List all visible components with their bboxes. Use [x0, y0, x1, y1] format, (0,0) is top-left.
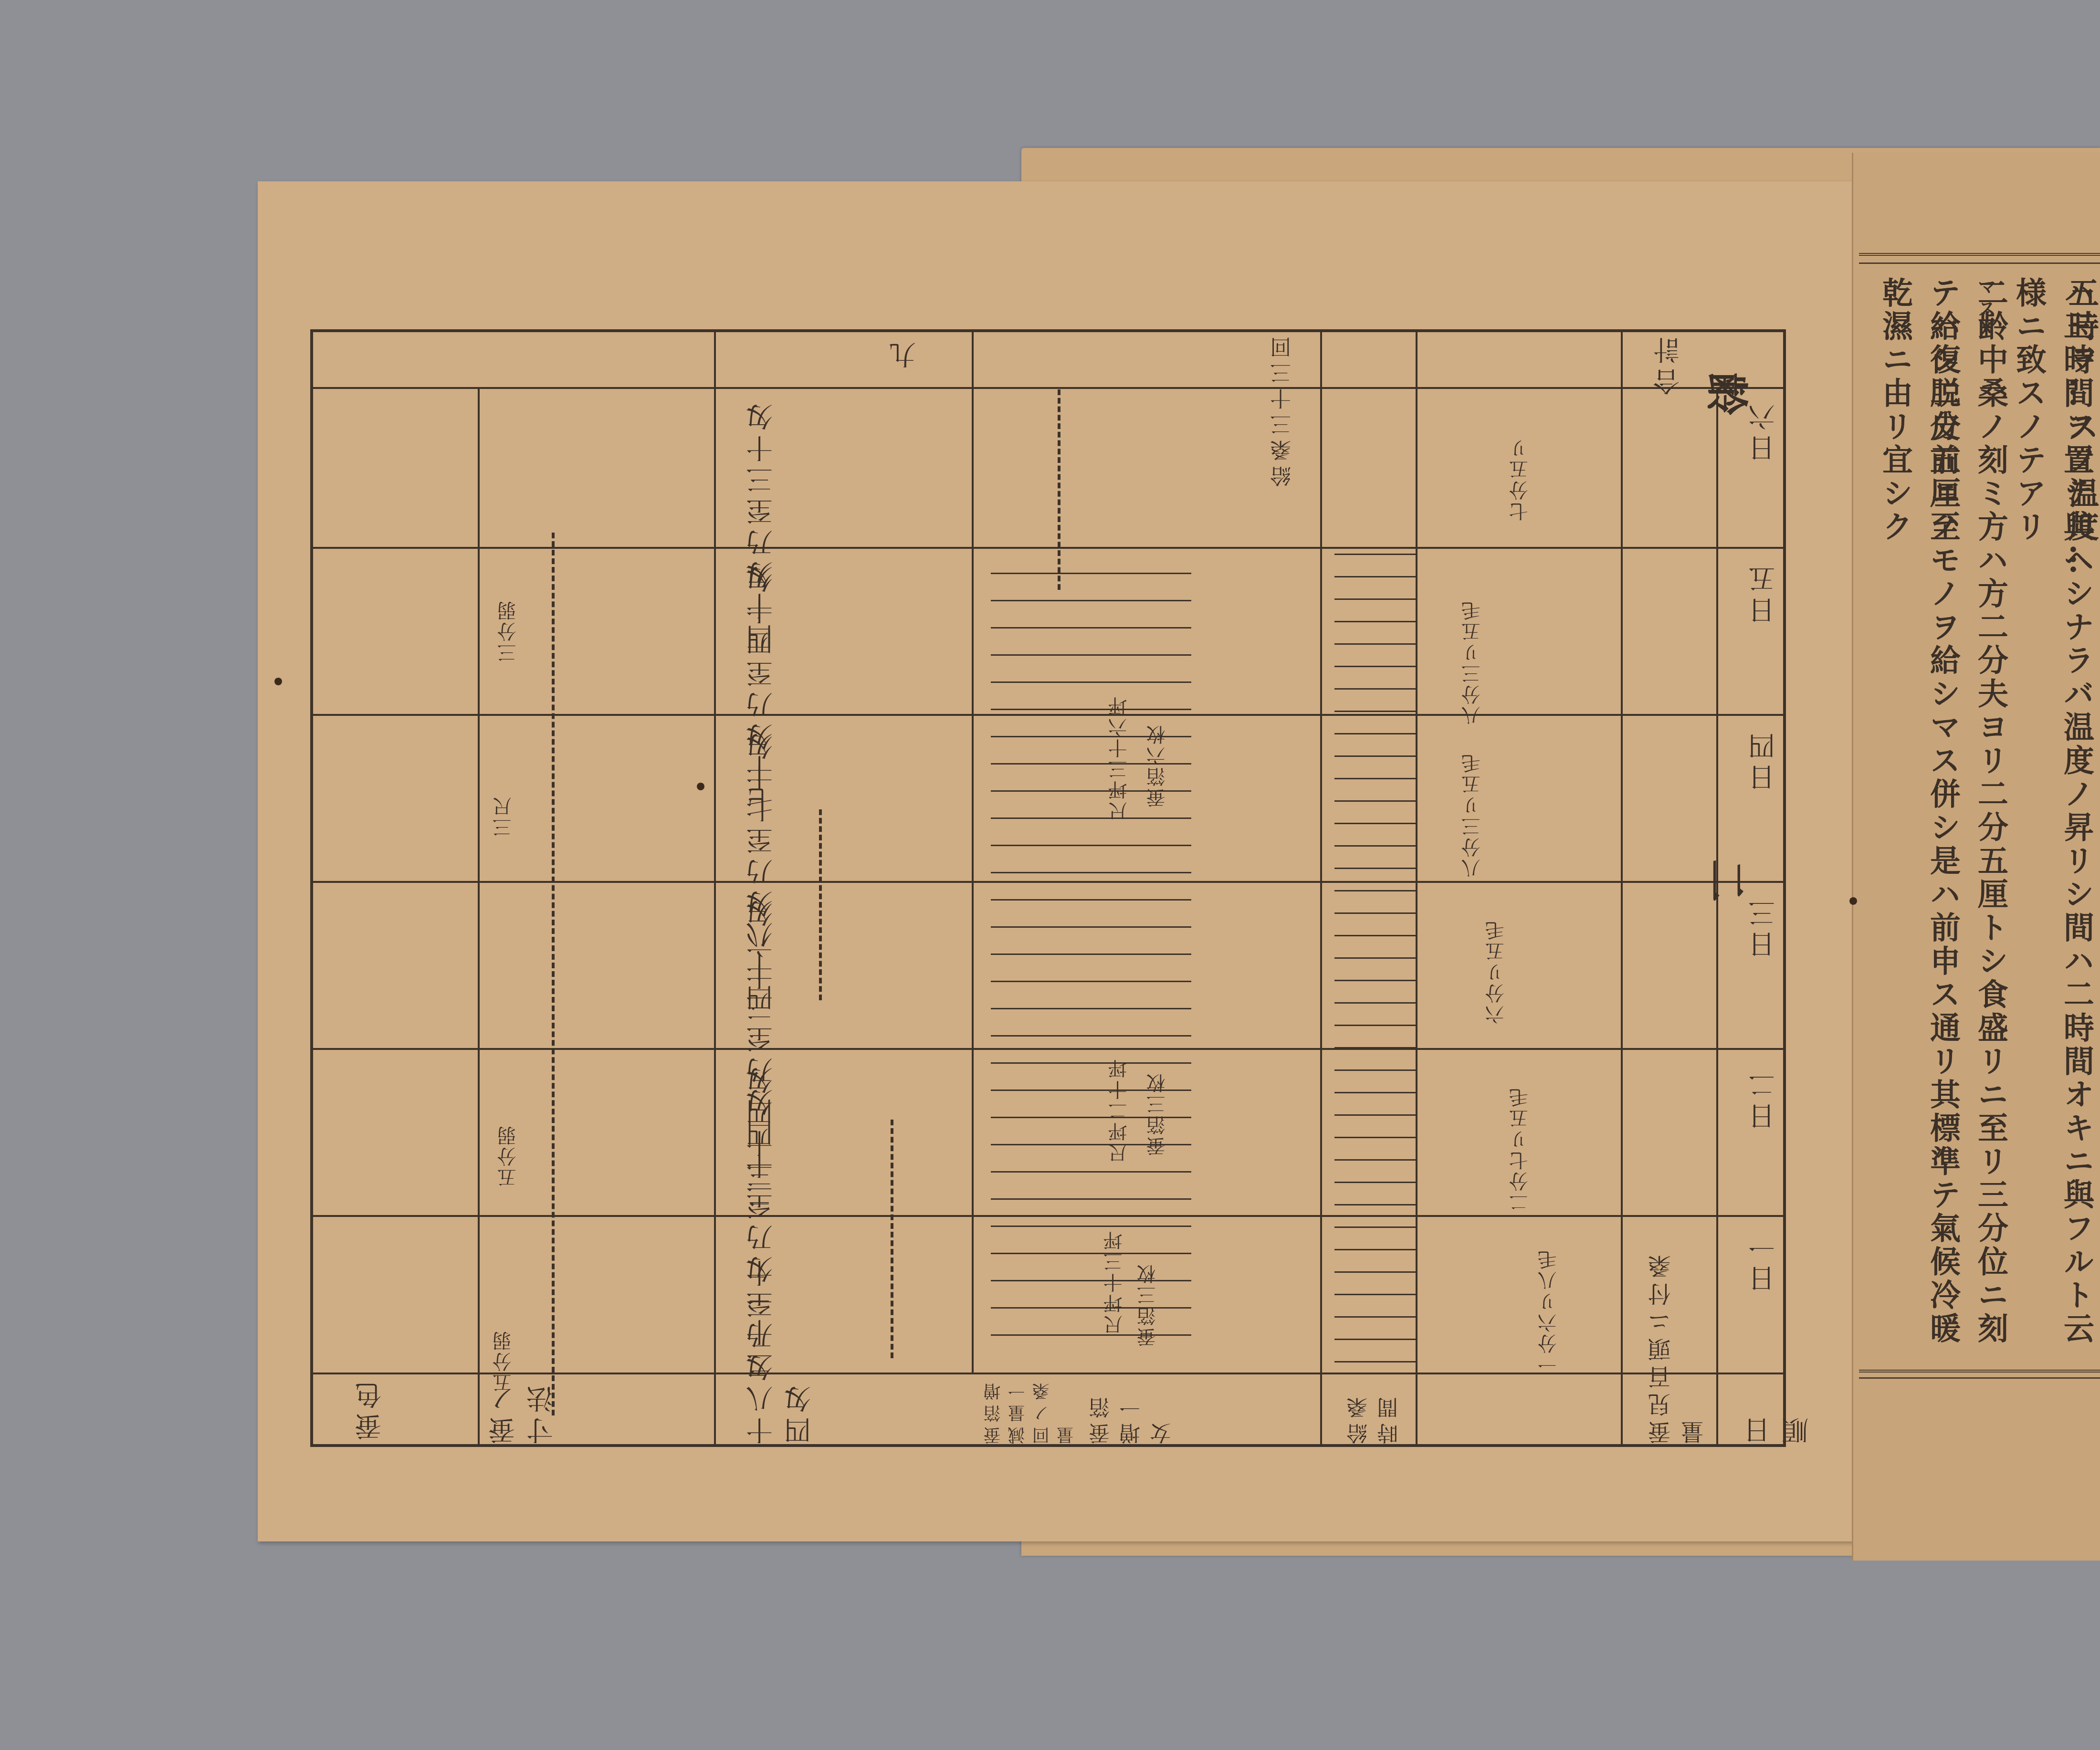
table-rule: [478, 387, 480, 1444]
dashed-line: [819, 809, 822, 1000]
silkworm-size: 五分弱: [494, 1124, 522, 1187]
misc-mark: 九: [886, 337, 924, 368]
silkworm-size: 三分弱: [494, 599, 522, 662]
table-rule: [313, 1373, 1783, 1374]
table-rule: [313, 387, 1783, 389]
text-line-5: テハ復二分五厘ノモノヲ給シマス併シ是ハ前申ス通リ其標準テ氣候冷暖乾濕ニ由リ宜シク: [1871, 277, 1966, 1360]
tray-count: 蚕箔三枚: [1134, 1263, 1161, 1347]
table-rule: [972, 332, 974, 1373]
feeding-time-header: 給桑時間: [1344, 1377, 1405, 1444]
section-title-char: 二: [1699, 859, 1761, 902]
total-header: 合計: [1649, 332, 1688, 395]
tray-area: 尺坪二十坪: [1105, 1058, 1133, 1163]
mulberry-amount: 二分七リ五毛: [1506, 1086, 1533, 1212]
binding-hole: [274, 678, 282, 685]
mulberry-amount: 一分六リ八毛: [1535, 1248, 1562, 1374]
mulberry-per-hundred-header: 蚕兒百頭ニ付桑量: [1645, 1239, 1711, 1444]
binding-hole: [1849, 897, 1857, 905]
day-5: 日五: [1745, 561, 1783, 624]
tray-increase-header: 蚕箔増一女: [1086, 1373, 1178, 1444]
day-4: 日四: [1745, 728, 1783, 791]
right-page-top-rule: [1859, 253, 2100, 264]
feeding-time-grid: [1334, 533, 1416, 1373]
silkworm-size: 三尺: [490, 795, 517, 837]
day-order-header: 日順: [1740, 1382, 1816, 1444]
text-line-2: ハ三時間ヲ置テ與ヘシナラバ温度ノ昇リシ間ハ二時間オキニ與フルト云様ニ致スノテアリ: [2005, 277, 2100, 1360]
silkworm-color-header: 蚕色: [351, 1377, 389, 1440]
table-rule: [1621, 332, 1623, 1444]
table-rule: [1716, 387, 1718, 1444]
tray-area: 尺坪三十六坪: [1105, 695, 1133, 821]
section-title-char: 齢: [1699, 372, 1761, 415]
rearing-table: 日順 蚕兒百頭ニ付桑量 給桑時間 合計 給桑三十三回 蚕箔増一女 蚕箔増減量一回…: [310, 329, 1786, 1447]
size-curve-dashed: [552, 533, 555, 1415]
mulberry-amount: 七分五リ: [1506, 437, 1533, 521]
tray-area: 尺坪十三坪: [1101, 1229, 1128, 1334]
mulberry-amount: 八分三リ五毛: [1459, 599, 1486, 725]
tray-count: 蚕箔三枚: [1144, 1072, 1171, 1156]
mulberry-amount: 八分三リ五毛: [1459, 752, 1486, 878]
tray-area-stripes: [991, 547, 1191, 1358]
day-3: 日三: [1745, 895, 1783, 958]
dashed-line: [891, 1120, 893, 1358]
table-rule: [1416, 332, 1417, 1444]
ink-dot: [697, 783, 704, 790]
feeding-count-note: 給桑三十三回: [1268, 332, 1298, 487]
day-1: 日一: [1745, 1229, 1783, 1292]
table-rule: [714, 332, 716, 1444]
right-page-bottom-rule: [1859, 1370, 2100, 1379]
tray-note-header: 蚕箔増減量一回ノ桑量: [981, 1377, 1079, 1444]
day-2: 日二: [1745, 1067, 1783, 1130]
table-rule: [1320, 332, 1322, 1444]
tray-count: 蚕箔六枚: [1144, 723, 1171, 807]
quantity: 四十匁乃至三十匁: [743, 399, 781, 651]
mulberry-amount: 六分リ五毛: [1482, 919, 1510, 1024]
silkworm-size: 五分弱: [490, 1330, 517, 1393]
dashed-line: [1058, 389, 1060, 590]
